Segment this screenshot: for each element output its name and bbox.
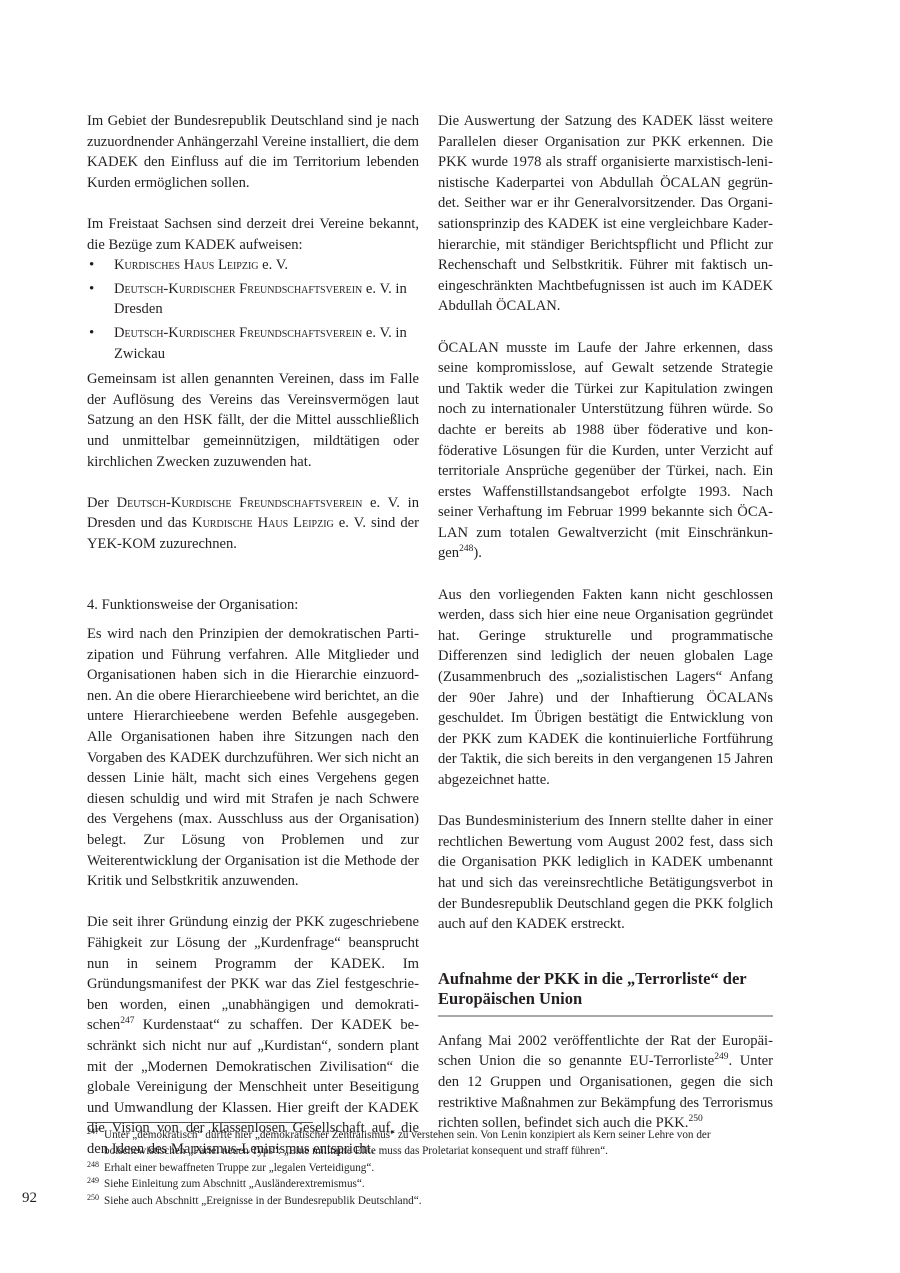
text-run: ).: [473, 545, 482, 561]
footnote-ref-250[interactable]: 250: [688, 1114, 702, 1124]
footnote-250: 250Siehe auch Abschnitt „Ereignisse in d…: [87, 1193, 787, 1209]
association-name: Kurdische Haus Leipzig: [192, 515, 334, 531]
section-heading-terrorliste: Aufnahme der PKK in die „Terrorliste“ de…: [438, 969, 773, 1017]
footnote-text: Siehe Einleitung zum Abschnitt „Auslände…: [104, 1178, 365, 1190]
list-item: Kurdisches Haus Leipzig e. V.: [87, 255, 419, 276]
paragraph-ocalan: ÖCALAN musste im Laufe der Jahre erkenne…: [438, 338, 773, 565]
footnote-number: 248: [87, 1157, 99, 1173]
text-run: ÖCALAN musste im Laufe der Jahre erkenne…: [438, 340, 773, 562]
association-name: Deutsch-Kurdische Freundschaftsverein: [117, 495, 363, 511]
footnote-number: 247: [87, 1124, 99, 1140]
list-item: Deutsch-Kurdischer Freundschaftsverein e…: [87, 323, 419, 364]
association-name: Deutsch-Kurdischer Freundschaftsverein: [114, 325, 362, 341]
association-name: Kurdisches Haus Leipzig: [114, 257, 259, 273]
paragraph-bundesministerium: Das Bundesministerium des Innern stellte…: [438, 811, 773, 935]
paragraph-vereinsvermoegen: Gemeinsam ist allen genannten Vereinen, …: [87, 369, 419, 472]
association-list: Kurdisches Haus Leipzig e. V. Deutsch-Ku…: [87, 255, 419, 364]
paragraph-vereine-sachsen: Im Freistaat Sachsen sind derzeit drei V…: [87, 214, 419, 255]
page-number: 92: [22, 1190, 37, 1207]
footnote-divider: [87, 1122, 313, 1123]
paragraph-fakten: Aus den vorliegenden Fakten kann nicht g…: [438, 585, 773, 791]
left-column: Im Gebiet der Bundesrepublik Deutschland…: [87, 111, 419, 1180]
paragraph-satzung: Die Auswertung der Satzung des KADEK läs…: [438, 111, 773, 317]
association-suffix: e. V.: [259, 257, 288, 273]
footnote-ref-247[interactable]: 247: [120, 1016, 134, 1026]
footnote-247: 247Unter „demokratisch“ dürfte hier „dem…: [87, 1127, 787, 1160]
footnotes: 247Unter „demokratisch“ dürfte hier „dem…: [87, 1127, 787, 1209]
paragraph-vereine-bundesrepublik: Im Gebiet der Bundesrepublik Deutschland…: [87, 111, 419, 193]
footnote-248: 248Erhalt einer bewaffneten Truppe zur „…: [87, 1160, 787, 1176]
paragraph-yek-kom: Der Deutsch-Kurdische Freundschaftsverei…: [87, 493, 419, 555]
footnote-ref-248[interactable]: 248: [459, 544, 473, 554]
footnote-249: 249Siehe Einleitung zum Abschnitt „Auslä…: [87, 1176, 787, 1192]
section-label-funktionsweise: 4. Funktionsweise der Organisation:: [87, 595, 419, 616]
footnote-number: 250: [87, 1190, 99, 1206]
right-column: Die Auswertung der Satzung des KADEK läs…: [438, 111, 773, 1154]
list-item: Deutsch-Kurdischer Freundschaftsverein e…: [87, 279, 419, 320]
footnote-text: Erhalt einer bewaffneten Truppe zur „leg…: [104, 1162, 374, 1174]
footnote-text: Siehe auch Abschnitt „Ereignisse in der …: [104, 1195, 422, 1207]
association-name: Deutsch-Kurdischer Freundschaftsverein: [114, 281, 362, 297]
paragraph-eu-terrorliste: Anfang Mai 2002 veröffentlichte der Rat …: [438, 1031, 773, 1134]
text-run: Der: [87, 495, 117, 511]
text-run: Die seit ihrer Gründung einzig der PKK z…: [87, 914, 419, 1033]
footnote-ref-249[interactable]: 249: [714, 1052, 728, 1062]
footnote-text: Unter „demokratisch“ dürfte hier „demokr…: [104, 1129, 711, 1157]
paragraph-hierarchie: Es wird nach den Prinzipien der demokrat…: [87, 624, 419, 892]
footnote-number: 249: [87, 1173, 99, 1189]
